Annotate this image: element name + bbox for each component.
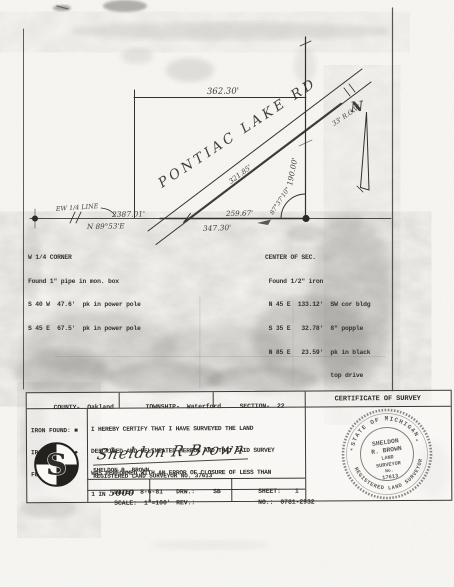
west-quarter-corner-note: W 1/4 CORNER Found 1" pipe in mon. box S… — [28, 238, 141, 349]
bearing-label: N 89°53'E — [86, 221, 126, 231]
surveyor-logo: S — [33, 441, 80, 488]
divider — [87, 408, 89, 502]
section-label: SECTION- — [240, 403, 270, 410]
divider — [119, 393, 120, 408]
legend-label: IRON FOUND: — [31, 427, 71, 434]
note-line: Found 1/2" iron — [265, 278, 370, 286]
dim-quarter-label: 2387.01' — [111, 209, 145, 219]
note-line: top drive — [265, 372, 370, 380]
note-line: S 40 W 47.6' pk in power pole — [28, 301, 141, 309]
section-value: 22 — [277, 403, 285, 410]
legend-iron-found: IRON FOUND: ■ — [31, 427, 78, 435]
note-line: CENTER OF SEC. — [265, 254, 370, 262]
drw-value: SB — [213, 488, 221, 495]
certificate-title: CERTIFICATE OF SURVEY — [305, 395, 451, 404]
note-line: N 45 E 133.12' SW cor bldg — [265, 301, 370, 309]
county-value: Oakland — [87, 404, 114, 411]
note-line: S 45 E 67.5' pk in power pole — [28, 325, 141, 333]
scale-label: SCALE: — [114, 499, 137, 506]
note-line: N 85 E 23.59' pk in black — [265, 349, 370, 357]
seal-line: 17613 — [382, 473, 399, 481]
dim-mid-label: 347.30' — [203, 223, 232, 233]
scanned-survey-page: PONTIAC LAKE RD 362.30' 33' R.O.W. 321.8… — [0, 0, 454, 587]
dim-top-label: 362.30' — [207, 86, 239, 97]
dim-east-label: 259.67' — [225, 209, 253, 218]
no-label: NO.: — [258, 498, 273, 505]
seal-star-left: ✶ — [350, 447, 354, 453]
logo-letter: S — [46, 448, 67, 482]
note-line: S 35 E 32.78' 8" popple — [265, 325, 370, 333]
center-of-section-note: CENTER OF SEC. Found 1/2" iron N 45 E 13… — [265, 238, 370, 396]
seal-star-right: ✶ — [415, 438, 419, 444]
no-cell: NO.:0781-2932 — [235, 491, 314, 512]
note-line: Found 1" pipe in mon. box — [28, 278, 141, 286]
county-label: COUNTY- — [54, 404, 81, 411]
rev-cell: REV.: — [153, 492, 202, 513]
no-value: 0781-2932 — [280, 498, 314, 505]
surveyor-seal: STATE OF MICHIGAN REGISTERED LAND SURVEY… — [333, 398, 440, 510]
iron-found-symbol: ■ — [74, 427, 78, 434]
cert-line: I HEREBY CERTIFY THAT I HAVE SURVEYED TH… — [91, 425, 305, 434]
rev-label: REV.: — [176, 499, 195, 506]
surveyor-registration: REGISTERED LAND SURVEYOR NO. 37613 — [93, 472, 212, 480]
township-label: TOWNSHIP- — [146, 403, 180, 410]
note-line: W 1/4 CORNER — [28, 254, 141, 262]
seal-center-text: SHELDON R. BROWN LAND SURVEYOR No. 17613 — [370, 437, 406, 482]
